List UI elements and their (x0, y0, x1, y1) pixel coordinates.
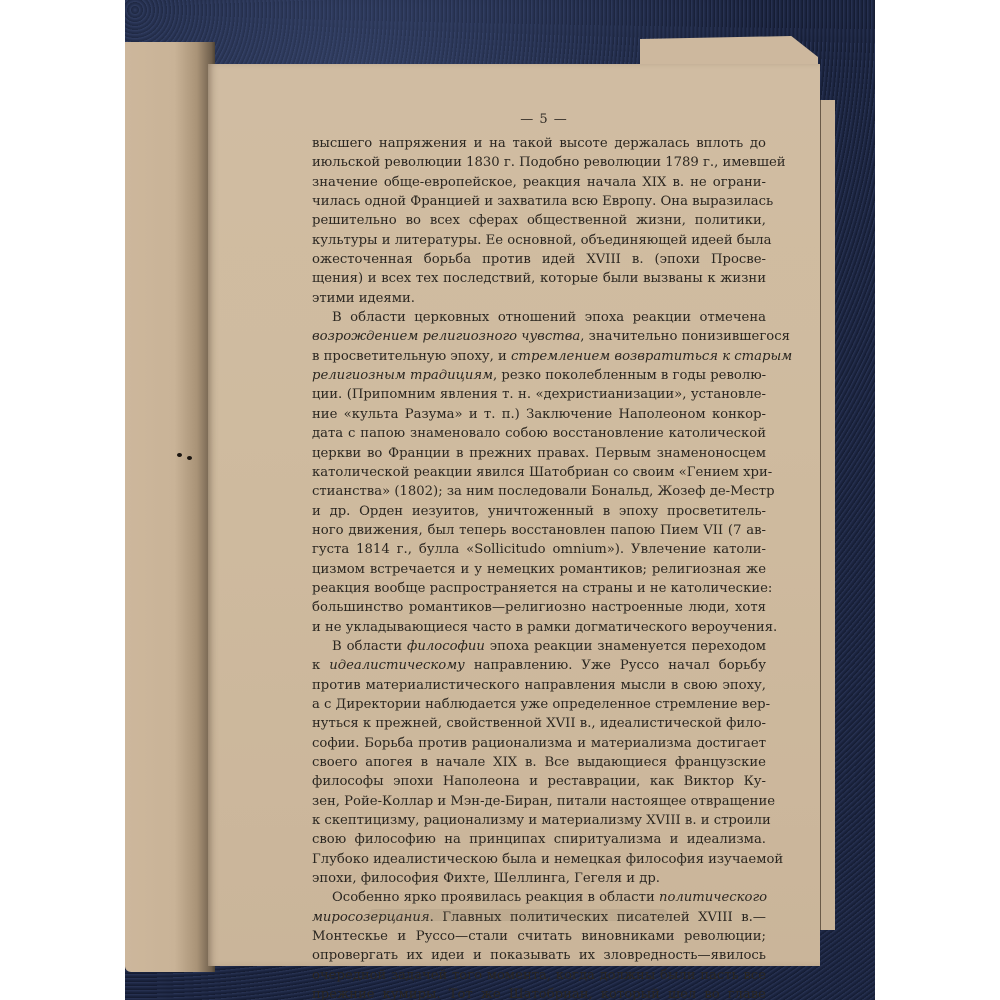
text-line: и не укладывающиеся часто в рамки догмат… (312, 618, 766, 637)
text-line: щения) и всех тех последствий, которые б… (312, 269, 766, 288)
text-line: эпохи, философия Фихте, Шеллинга, Гегеля… (312, 869, 766, 888)
text-line: большинство романтиков—религиозно настро… (312, 598, 766, 617)
text-line: цизмом встречается и у немецких романтик… (312, 560, 766, 579)
text-line: философы эпохи Наполеона и реставрации, … (312, 772, 766, 791)
text-line: ного движения, был теперь восстановлен п… (312, 521, 766, 540)
text-line: стианства» (1802); за ним последовали Бо… (312, 482, 766, 501)
text-line: значение обще-европейское, реакция начал… (312, 173, 766, 192)
text-line: нуться к прежней, свойственной XVII в., … (312, 714, 766, 733)
text-line: к скептицизму, рационализму и материализ… (312, 811, 766, 830)
text-line: решительно во всех сферах общественной ж… (312, 211, 766, 230)
text-line: Глубоко идеалистическою была и немецкая … (312, 850, 766, 869)
italic-phrase: религиозным традициям (312, 368, 493, 383)
text-line: в просветительную эпоху, и стремлением в… (312, 347, 766, 366)
text-line: Монтескье и Руссо—стали считать виновник… (312, 927, 766, 946)
text-line: реакция вообще распространяется на стран… (312, 579, 766, 598)
text-line: очередной задачей того момента, когда до… (312, 966, 766, 985)
text-line: ции. (Припомним явления т. н. «дехристиа… (312, 385, 766, 404)
text-line: прежние кумиры. Тот же Шатобриан, которы… (312, 985, 766, 1000)
text-line: ние «культа Разума» и т. п.) Заключение … (312, 405, 766, 424)
text-line: и др. Орден иезуитов, уничтоженный в эпо… (312, 502, 766, 521)
paragraph-start-line: В области философии эпоха реакции знамен… (312, 637, 766, 656)
page-number: — 5 — (208, 112, 880, 127)
text-line: дата с папою знаменовало собою восстанов… (312, 424, 766, 443)
italic-phrase: политического (659, 890, 767, 905)
text-line: культуры и литературы. Ее основной, объе… (312, 231, 766, 250)
binding-hole (187, 456, 192, 460)
faded-bleed-through (368, 909, 668, 921)
text-line: католической реакции явился Шатобриан со… (312, 463, 766, 482)
text-line: чилась одной Францией и захватила всю Ев… (312, 192, 766, 211)
page-fore-edge (820, 100, 835, 930)
text-line: возрождением религиозного чувства, значи… (312, 327, 766, 346)
text-line: опровергать их идеи и показывать их злов… (312, 946, 766, 965)
italic-phrase: стремлением возвратиться к старым (511, 349, 792, 364)
torn-page-edge (640, 36, 818, 66)
text-line: против материалистического направления м… (312, 676, 766, 695)
paragraph-start-line: Особенно ярко проявилась реакция в облас… (312, 888, 766, 907)
text-line: церкви во Франции в прежних правах. Перв… (312, 444, 766, 463)
text-line: свою философию на принципах спиритуализм… (312, 830, 766, 849)
text-line: зен, Ройе-Коллар и Мэн-де-Биран, питали … (312, 792, 766, 811)
paragraph-start-line: В области церковных отношений эпоха реак… (312, 308, 766, 327)
text-line: высшего напряжения и на такой высоте дер… (312, 134, 766, 153)
right-page: — 5 — высшего напряжения и на такой высо… (208, 64, 820, 966)
italic-phrase: возрождением религиозного чувства (312, 329, 580, 344)
text-line: этими идеями. (312, 289, 766, 308)
body-text: высшего напряжения и на такой высоте дер… (312, 134, 766, 1000)
text-line: ожесточенная борьба против идей XVIII в.… (312, 250, 766, 269)
text-line: к идеалистическому направлению. Уже Русс… (312, 656, 766, 675)
text-line: религиозным традициям, резко поколебленн… (312, 366, 766, 385)
italic-phrase: философии (407, 639, 485, 654)
text-line: софии. Борьба против рационализма и мате… (312, 734, 766, 753)
left-page (125, 42, 215, 972)
text-line: июльской революции 1830 г. Подобно револ… (312, 153, 766, 172)
binding-hole (177, 453, 182, 457)
text-line: а с Директории наблюдается уже определен… (312, 695, 766, 714)
text-line: своего апогея в начале XIX в. Все выдающ… (312, 753, 766, 772)
italic-phrase: идеалистическому (329, 658, 465, 673)
text-line: густа 1814 г., булла «Sollicitudo omnium… (312, 540, 766, 559)
